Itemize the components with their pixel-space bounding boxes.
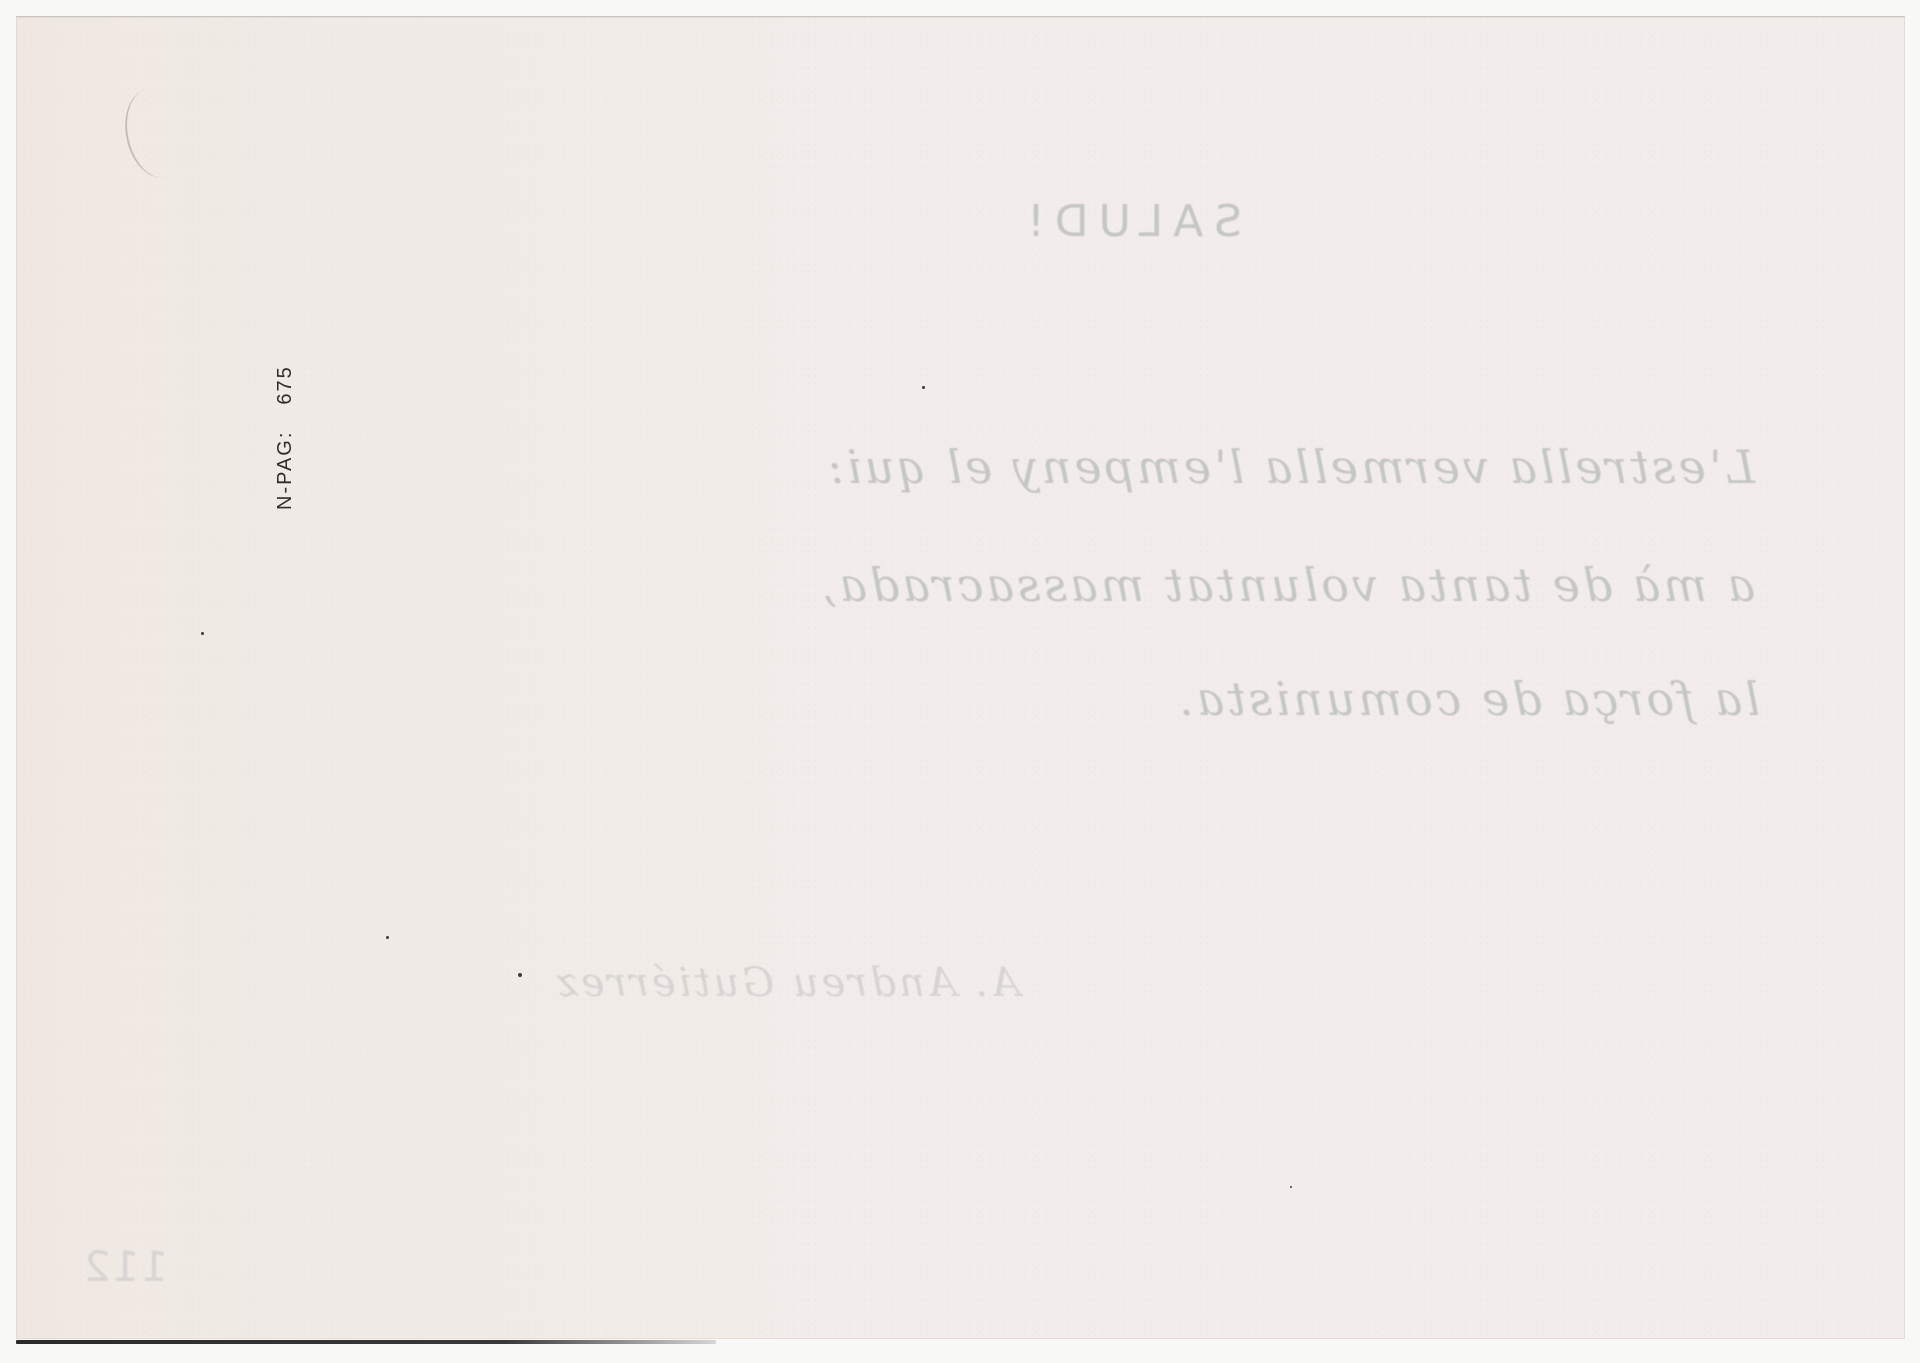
bleed-through-signature: A. Andreu Gutiérrez [480,960,1020,1006]
bleed-through-folio-number: 112 [88,1242,168,1291]
page-number-stamp: N-PAG: 675 [274,365,297,510]
paper-bottom-shadow [16,1340,716,1344]
bleed-through-line-3: la força de comunista. [1100,672,1760,726]
bleed-through-line-1: L'estrella vermella l'empeny el qui: [745,440,1755,494]
bleed-through-line-2: a mà de tanta voluntat massacrada, [785,558,1755,612]
dust-speck [386,936,389,939]
dust-speck [1290,1186,1292,1188]
dust-speck [922,386,925,389]
stamp-value: 675 [274,365,297,404]
stamp-label: N-PAG: [274,431,297,510]
bleed-through-heading: SALUD! [1020,196,1242,247]
dust-speck [201,632,204,635]
